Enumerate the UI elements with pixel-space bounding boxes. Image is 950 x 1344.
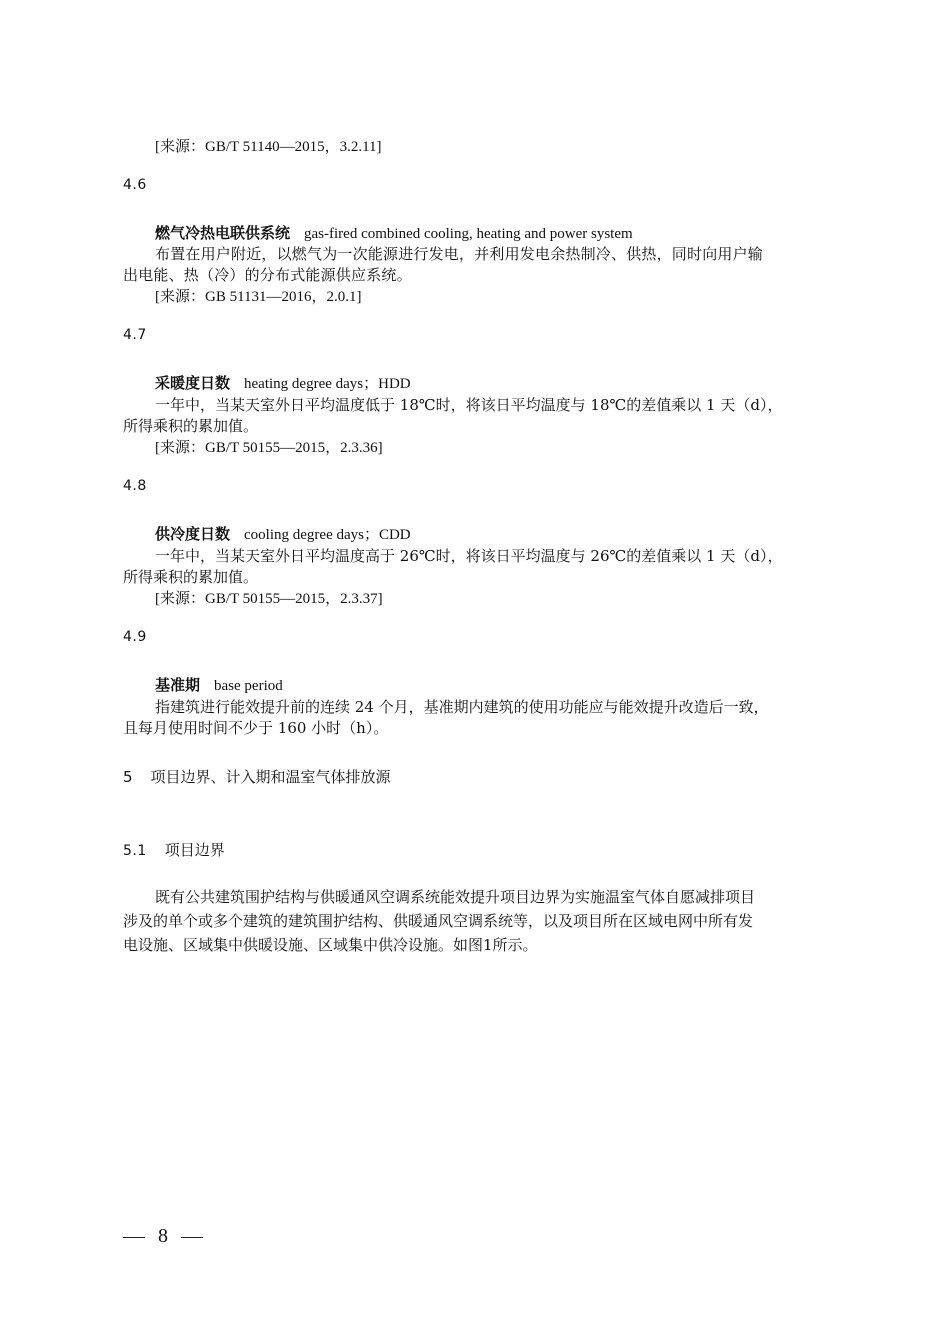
clause-number: 4.8 bbox=[123, 475, 147, 497]
source-citation: [来源：GB 51131—2016，2.0.1] bbox=[155, 286, 362, 308]
section-number: 5 bbox=[123, 768, 133, 786]
term-chinese: 燃气冷热电联供系统 bbox=[155, 224, 290, 242]
subsection-title: 项目边界 bbox=[165, 841, 225, 859]
paragraph-text: 既有公共建筑围护结构与供暖通风空调系统能效提升项目边界为实施温室气体自愿减排项目 bbox=[155, 886, 755, 908]
definition-text: 所得乘积的累加值。 bbox=[123, 566, 258, 588]
dash-decoration bbox=[123, 1237, 145, 1238]
term-heading: 采暖度日数heating degree days；HDD bbox=[155, 372, 411, 395]
source-citation: [来源：GB/T 51140—2015，3.2.11] bbox=[155, 136, 382, 158]
term-english: base period bbox=[214, 678, 283, 694]
term-english: cooling degree days；CDD bbox=[244, 527, 411, 543]
term-heading: 基准期base period bbox=[155, 674, 283, 697]
paragraph-text: 电设施、区域集中供暖设施、区域集中供冷设施。如图1所示。 bbox=[123, 934, 538, 956]
definition-text: 指建筑进行能效提升前的连续 24 个月，基准期内建筑的使用功能应与能效提升改造后… bbox=[155, 696, 769, 718]
clause-number: 4.9 bbox=[123, 626, 147, 648]
definition-text: 一年中，当某天室外日平均温度高于 26℃时，将该日平均温度与 26℃的差值乘以 … bbox=[155, 545, 782, 567]
definition-text: 出电能、热（冷）的分布式能源供应系统。 bbox=[123, 264, 412, 286]
definition-text: 且每月使用时间不少于 160 小时（h）。 bbox=[123, 717, 388, 739]
definition-text: 所得乘积的累加值。 bbox=[123, 415, 258, 437]
definition-text: 布置在用户附近，以燃气为一次能源进行发电，并利用发电余热制冷、供热，同时向用户输 bbox=[155, 243, 828, 265]
paragraph-text: 涉及的单个或多个建筑的建筑围护结构、供暖通风空调系统等，以及项目所在区域电网中所… bbox=[123, 910, 753, 932]
term-heading: 供冷度日数cooling degree days；CDD bbox=[155, 523, 411, 546]
clause-number: 4.7 bbox=[123, 324, 147, 346]
term-heading: 燃气冷热电联供系统gas-fired combined cooling, hea… bbox=[155, 222, 633, 245]
subsection-number: 5.1 bbox=[123, 843, 147, 859]
source-citation: [来源：GB/T 50155—2015，2.3.37] bbox=[155, 588, 383, 610]
section-title: 项目边界、计入期和温室气体排放源 bbox=[151, 768, 391, 786]
term-english: gas-fired combined cooling, heating and … bbox=[304, 226, 633, 242]
page-footer: 8 bbox=[123, 1224, 203, 1248]
term-chinese: 采暖度日数 bbox=[155, 374, 230, 392]
section-heading: 5项目边界、计入期和温室气体排放源 bbox=[123, 766, 391, 788]
definition-text: 一年中，当某天室外日平均温度低于 18℃时，将该日平均温度与 18℃的差值乘以 … bbox=[155, 394, 782, 416]
clause-number: 4.6 bbox=[123, 174, 147, 196]
term-chinese: 基准期 bbox=[155, 676, 200, 694]
page-number: 8 bbox=[158, 1224, 168, 1248]
subsection-heading: 5.1项目边界 bbox=[123, 839, 225, 862]
source-citation: [来源：GB/T 50155—2015，2.3.36] bbox=[155, 437, 383, 459]
term-english: heating degree days；HDD bbox=[244, 376, 411, 392]
term-chinese: 供冷度日数 bbox=[155, 525, 230, 543]
dash-decoration bbox=[181, 1237, 203, 1238]
